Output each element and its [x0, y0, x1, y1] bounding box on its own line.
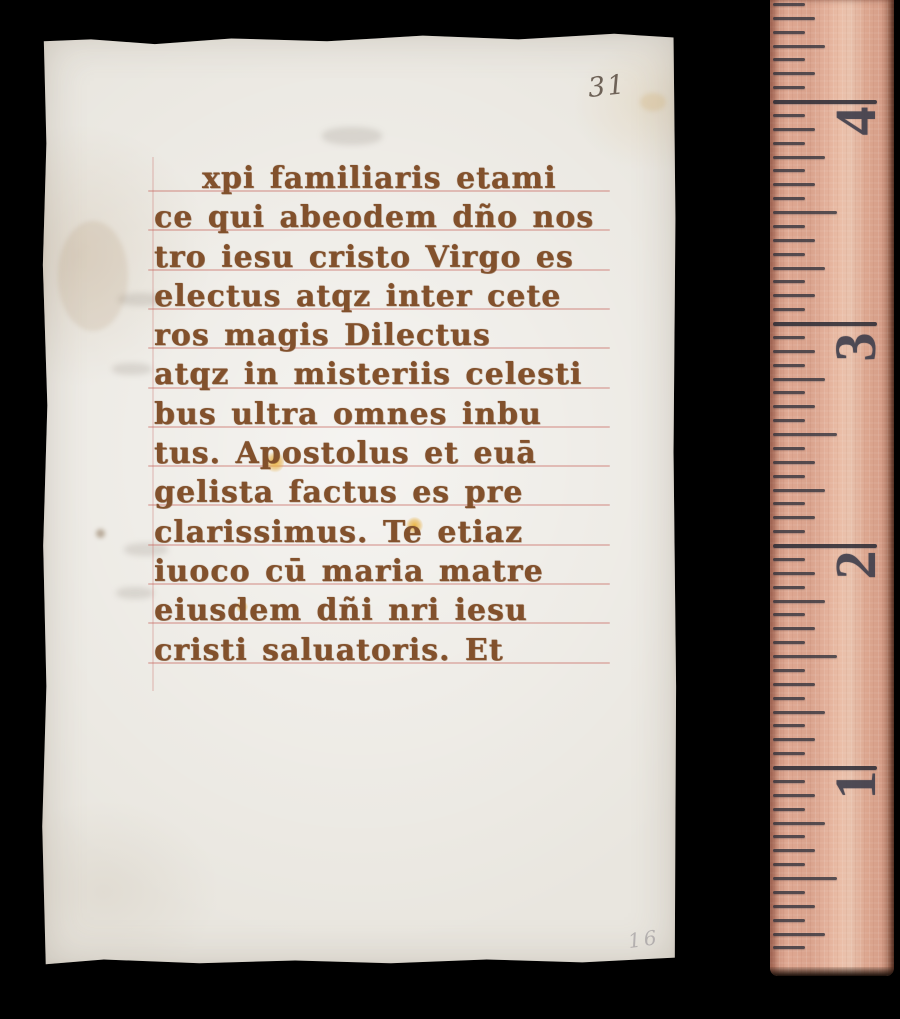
ruler-tick — [773, 641, 805, 644]
ruler-tick — [773, 225, 805, 228]
ruler-tick — [773, 863, 805, 866]
stain — [96, 529, 105, 538]
ruler-tick — [773, 697, 805, 700]
ruler-tick — [773, 419, 805, 422]
ruler-tick — [773, 391, 805, 394]
ruler-tick — [773, 849, 815, 852]
ruler-tick — [773, 294, 815, 297]
manuscript-line: ce qui abeodem dño nos — [154, 198, 634, 237]
manuscript-line: iuoco cū maria matre — [154, 552, 634, 591]
manuscript-line: gelista factus es pre — [154, 473, 634, 512]
ruler-tick — [773, 350, 815, 353]
ruler-tick — [773, 308, 805, 311]
ruler-tick — [773, 280, 805, 283]
manuscript-line: bus ultra omnes inbu — [154, 395, 634, 434]
ruler-tick — [773, 239, 815, 242]
ruler-tick — [773, 211, 837, 214]
manuscript-line: electus atqz inter cete — [154, 277, 634, 316]
ruler-tick — [773, 669, 805, 672]
manuscript-line: tus. Apostolus et euā — [154, 434, 634, 473]
manuscript-text-block: xpi familiaris etamice qui abeodem dño n… — [154, 159, 634, 670]
ruler-tick — [773, 933, 825, 936]
ruler-tick — [773, 405, 815, 408]
ruler-tick — [773, 808, 805, 811]
manuscript-line: cristi saluatoris. Et — [154, 631, 634, 670]
ruler-tick — [773, 31, 805, 34]
ruler-tick — [773, 835, 805, 838]
ruler-tick — [773, 724, 805, 727]
ruler-tick — [773, 738, 815, 741]
ruler-tick — [773, 3, 805, 6]
ruler-tick — [773, 711, 825, 714]
ruler-tick — [773, 183, 815, 186]
ruler-tick — [773, 683, 815, 686]
ruler-tick — [773, 169, 805, 172]
ruler-tick — [773, 877, 837, 880]
ruler-tick — [773, 516, 815, 519]
ruler-tick — [773, 378, 825, 381]
ruler-tick — [773, 197, 805, 200]
ruler-tick — [773, 655, 837, 658]
ruler-inch-numeral: 3 — [826, 317, 886, 377]
ruler-tick — [773, 142, 805, 145]
ruler-tick — [773, 946, 805, 949]
show-through-mark — [322, 127, 382, 145]
ruler-tick — [773, 489, 825, 492]
manuscript-leaf: 31 xpi familiaris etamice qui abeodem dñ… — [40, 31, 678, 967]
ruler-tick — [773, 822, 825, 825]
manuscript-line: xpi familiaris etami — [154, 159, 634, 198]
ruler-tick — [773, 58, 805, 61]
ruler-tick — [773, 17, 815, 20]
stain — [640, 93, 666, 111]
stain — [58, 221, 128, 331]
ruler-inch-numeral: 2 — [826, 535, 886, 595]
ruler-tick — [773, 156, 825, 159]
ruler-tick — [773, 502, 805, 505]
ruler-tick — [773, 114, 805, 117]
ruler-tick — [773, 586, 805, 589]
ruler-tick — [773, 794, 815, 797]
ruler-tick — [773, 364, 805, 367]
manuscript-line: ros magis Dilectus — [154, 316, 634, 355]
ruler-tick — [773, 600, 825, 603]
ruler-tick — [773, 45, 825, 48]
ruler-tick — [773, 558, 805, 561]
show-through-mark — [116, 587, 154, 599]
ruler-tick — [773, 572, 815, 575]
manuscript-line: clarissimus. Te etiaz — [154, 513, 634, 552]
ruler-tick — [773, 86, 805, 89]
ruler-tick — [773, 891, 805, 894]
ruler-tick — [773, 530, 805, 533]
ruler-tick — [773, 905, 815, 908]
ruler-tick — [773, 253, 805, 256]
ruler-tick — [773, 336, 805, 339]
manuscript-line: atqz in misteriis celesti — [154, 355, 634, 394]
inch-ruler: 4321 — [770, 0, 894, 976]
ruler-tick — [773, 447, 805, 450]
ruler-tick — [773, 613, 805, 616]
ruler-end-cap — [770, 967, 894, 976]
ruler-tick — [773, 919, 805, 922]
pencil-inscription: 16 — [626, 925, 660, 953]
manuscript-photo: 31 xpi familiaris etamice qui abeodem dñ… — [0, 0, 900, 1019]
ruler-tick — [773, 433, 837, 436]
ruler-tick — [773, 627, 815, 630]
manuscript-line: tro iesu cristo Virgo es — [154, 238, 634, 277]
ruler-tick — [773, 72, 815, 75]
ruler-inch-numeral: 4 — [826, 91, 886, 151]
show-through-mark — [112, 363, 152, 375]
ruler-tick — [773, 475, 805, 478]
page-number: 31 — [586, 69, 627, 104]
ruler-tick — [773, 752, 805, 755]
manuscript-line: eiusdem dñi nri iesu — [154, 591, 634, 630]
ruler-tick — [773, 128, 815, 131]
ruler-tick — [773, 780, 805, 783]
ruler-inch-numeral: 1 — [826, 755, 886, 815]
ruler-tick — [773, 267, 825, 270]
ruler-tick — [773, 461, 815, 464]
